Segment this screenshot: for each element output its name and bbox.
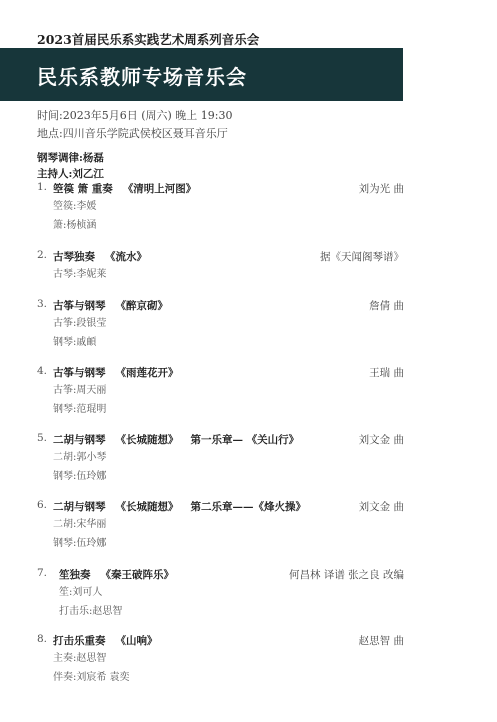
item-composer: 詹倩 曲 — [369, 298, 404, 313]
item-form: 古琴独奏 — [53, 251, 95, 263]
item-form: 古筝与钢琴 — [53, 367, 106, 379]
program-item-5: 5. 二胡与钢琴《长城随想》第一乐章— 《关山行》 刘文金 曲 二胡:郭小琴 钢… — [0, 432, 497, 486]
item-form: 打击乐重奏 — [53, 635, 106, 647]
performer: 伴奏:刘宸希 袁奕 — [53, 668, 497, 687]
host: 主持人:刘乙江 — [37, 166, 104, 181]
program-item-2: 2. 古琴独奏《流水》 据《天闻阁琴谱》 古琴:李妮莱 — [0, 249, 497, 284]
performer: 钢琴:范琨明 — [53, 400, 497, 419]
item-title: 笙独奏《秦王破阵乐》 — [59, 567, 174, 582]
item-work: 《长城随想》 — [116, 434, 179, 446]
item-work: 《山响》 — [116, 635, 158, 647]
program-item-1: 1. 箜篌 箫 重奏《清明上河图》 刘为光 曲 箜篌:李媛 箫:杨桢涵 — [0, 181, 497, 235]
item-work: 《醉京砌》 — [116, 300, 169, 312]
performer: 钢琴:伍玲娜 — [53, 467, 497, 486]
performer: 笙:刘可人 — [59, 583, 497, 602]
program-item-7: 7. 笙独奏《秦王破阵乐》 何昌林 译谱 张之良 改编 笙:刘可人 打击乐:赵思… — [0, 567, 497, 621]
performer: 二胡:郭小琴 — [53, 448, 497, 467]
item-form: 古筝与钢琴 — [53, 300, 106, 312]
item-composer: 据《天闻阁琴谱》 — [320, 249, 404, 264]
item-number: 7. — [37, 567, 47, 579]
item-composer: 刘文金 曲 — [359, 432, 404, 447]
item-form: 二胡与钢琴 — [53, 501, 106, 513]
performer: 古琴:李妮莱 — [53, 265, 497, 284]
item-composer: 何昌林 译谱 张之良 改编 — [289, 567, 404, 582]
item-title: 箜篌 箫 重奏《清明上河图》 — [53, 181, 196, 196]
item-number: 3. — [37, 298, 47, 310]
item-composer: 赵思智 曲 — [359, 633, 404, 648]
performer: 箜篌:李媛 — [53, 197, 497, 216]
item-composer: 刘为光 曲 — [359, 181, 404, 196]
performer: 钢琴:伍玲娜 — [53, 534, 497, 553]
item-title: 二胡与钢琴《长城随想》第一乐章— 《关山行》 — [53, 432, 299, 447]
concert-title: 民乐系教师专场音乐会 — [37, 61, 247, 90]
item-work: 《流水》 — [105, 251, 147, 263]
series-title: 2023首届民乐系实践艺术周系列音乐会 — [37, 30, 259, 48]
item-number: 5. — [37, 432, 47, 444]
program-item-4: 4. 古筝与钢琴《雨莲花开》 王瑞 曲 古筝:周天丽 钢琴:范琨明 — [0, 365, 497, 419]
performer: 钢琴:戚頔 — [53, 333, 497, 352]
item-title: 古琴独奏《流水》 — [53, 249, 147, 264]
performer: 箫:杨桢涵 — [53, 216, 497, 235]
item-composer: 刘文金 曲 — [359, 499, 404, 514]
program-item-8: 8. 打击乐重奏《山响》 赵思智 曲 主奏:赵思智 伴奏:刘宸希 袁奕 — [0, 633, 497, 687]
item-title: 二胡与钢琴《长城随想》第二乐章——《烽火操》 — [53, 499, 306, 514]
item-work: 《秦王破阵乐》 — [101, 569, 175, 581]
performer: 古筝:段银莹 — [53, 314, 497, 333]
concert-time: 时间:2023年5月6日 (周六) 晚上 19:30 — [37, 107, 232, 123]
item-title: 打击乐重奏《山响》 — [53, 633, 158, 648]
item-work: 《清明上河图》 — [123, 183, 197, 195]
item-number: 4. — [37, 365, 47, 377]
item-title: 古筝与钢琴《雨莲花开》 — [53, 365, 179, 380]
performer: 打击乐:赵思智 — [59, 602, 497, 621]
item-number: 8. — [37, 633, 47, 645]
item-form: 二胡与钢琴 — [53, 434, 106, 446]
item-work: 《雨莲花开》 — [116, 367, 179, 379]
item-work: 《长城随想》 — [116, 501, 179, 513]
item-composer: 王瑞 曲 — [369, 365, 404, 380]
performer: 二胡:宋华丽 — [53, 515, 497, 534]
program-item-3: 3. 古筝与钢琴《醉京砌》 詹倩 曲 古筝:段银莹 钢琴:戚頔 — [0, 298, 497, 352]
item-title: 古筝与钢琴《醉京砌》 — [53, 298, 168, 313]
performer: 古筝:周天丽 — [53, 381, 497, 400]
item-number: 6. — [37, 499, 47, 511]
program-item-6: 6. 二胡与钢琴《长城随想》第二乐章——《烽火操》 刘文金 曲 二胡:宋华丽 钢… — [0, 499, 497, 553]
performer: 主奏:赵思智 — [53, 649, 497, 668]
concert-venue: 地点:四川音乐学院武侯校区聂耳音乐厅 — [37, 125, 228, 141]
item-movement: 第二乐章——《烽火操》 — [191, 501, 307, 513]
piano-tuner: 钢琴调律:杨磊 — [37, 150, 104, 165]
item-form: 箜篌 箫 重奏 — [53, 183, 113, 195]
item-form: 笙独奏 — [59, 569, 91, 581]
title-banner: 民乐系教师专场音乐会 — [0, 48, 403, 101]
item-number: 2. — [37, 249, 47, 261]
item-number: 1. — [37, 181, 47, 193]
item-movement: 第一乐章— 《关山行》 — [191, 434, 300, 446]
